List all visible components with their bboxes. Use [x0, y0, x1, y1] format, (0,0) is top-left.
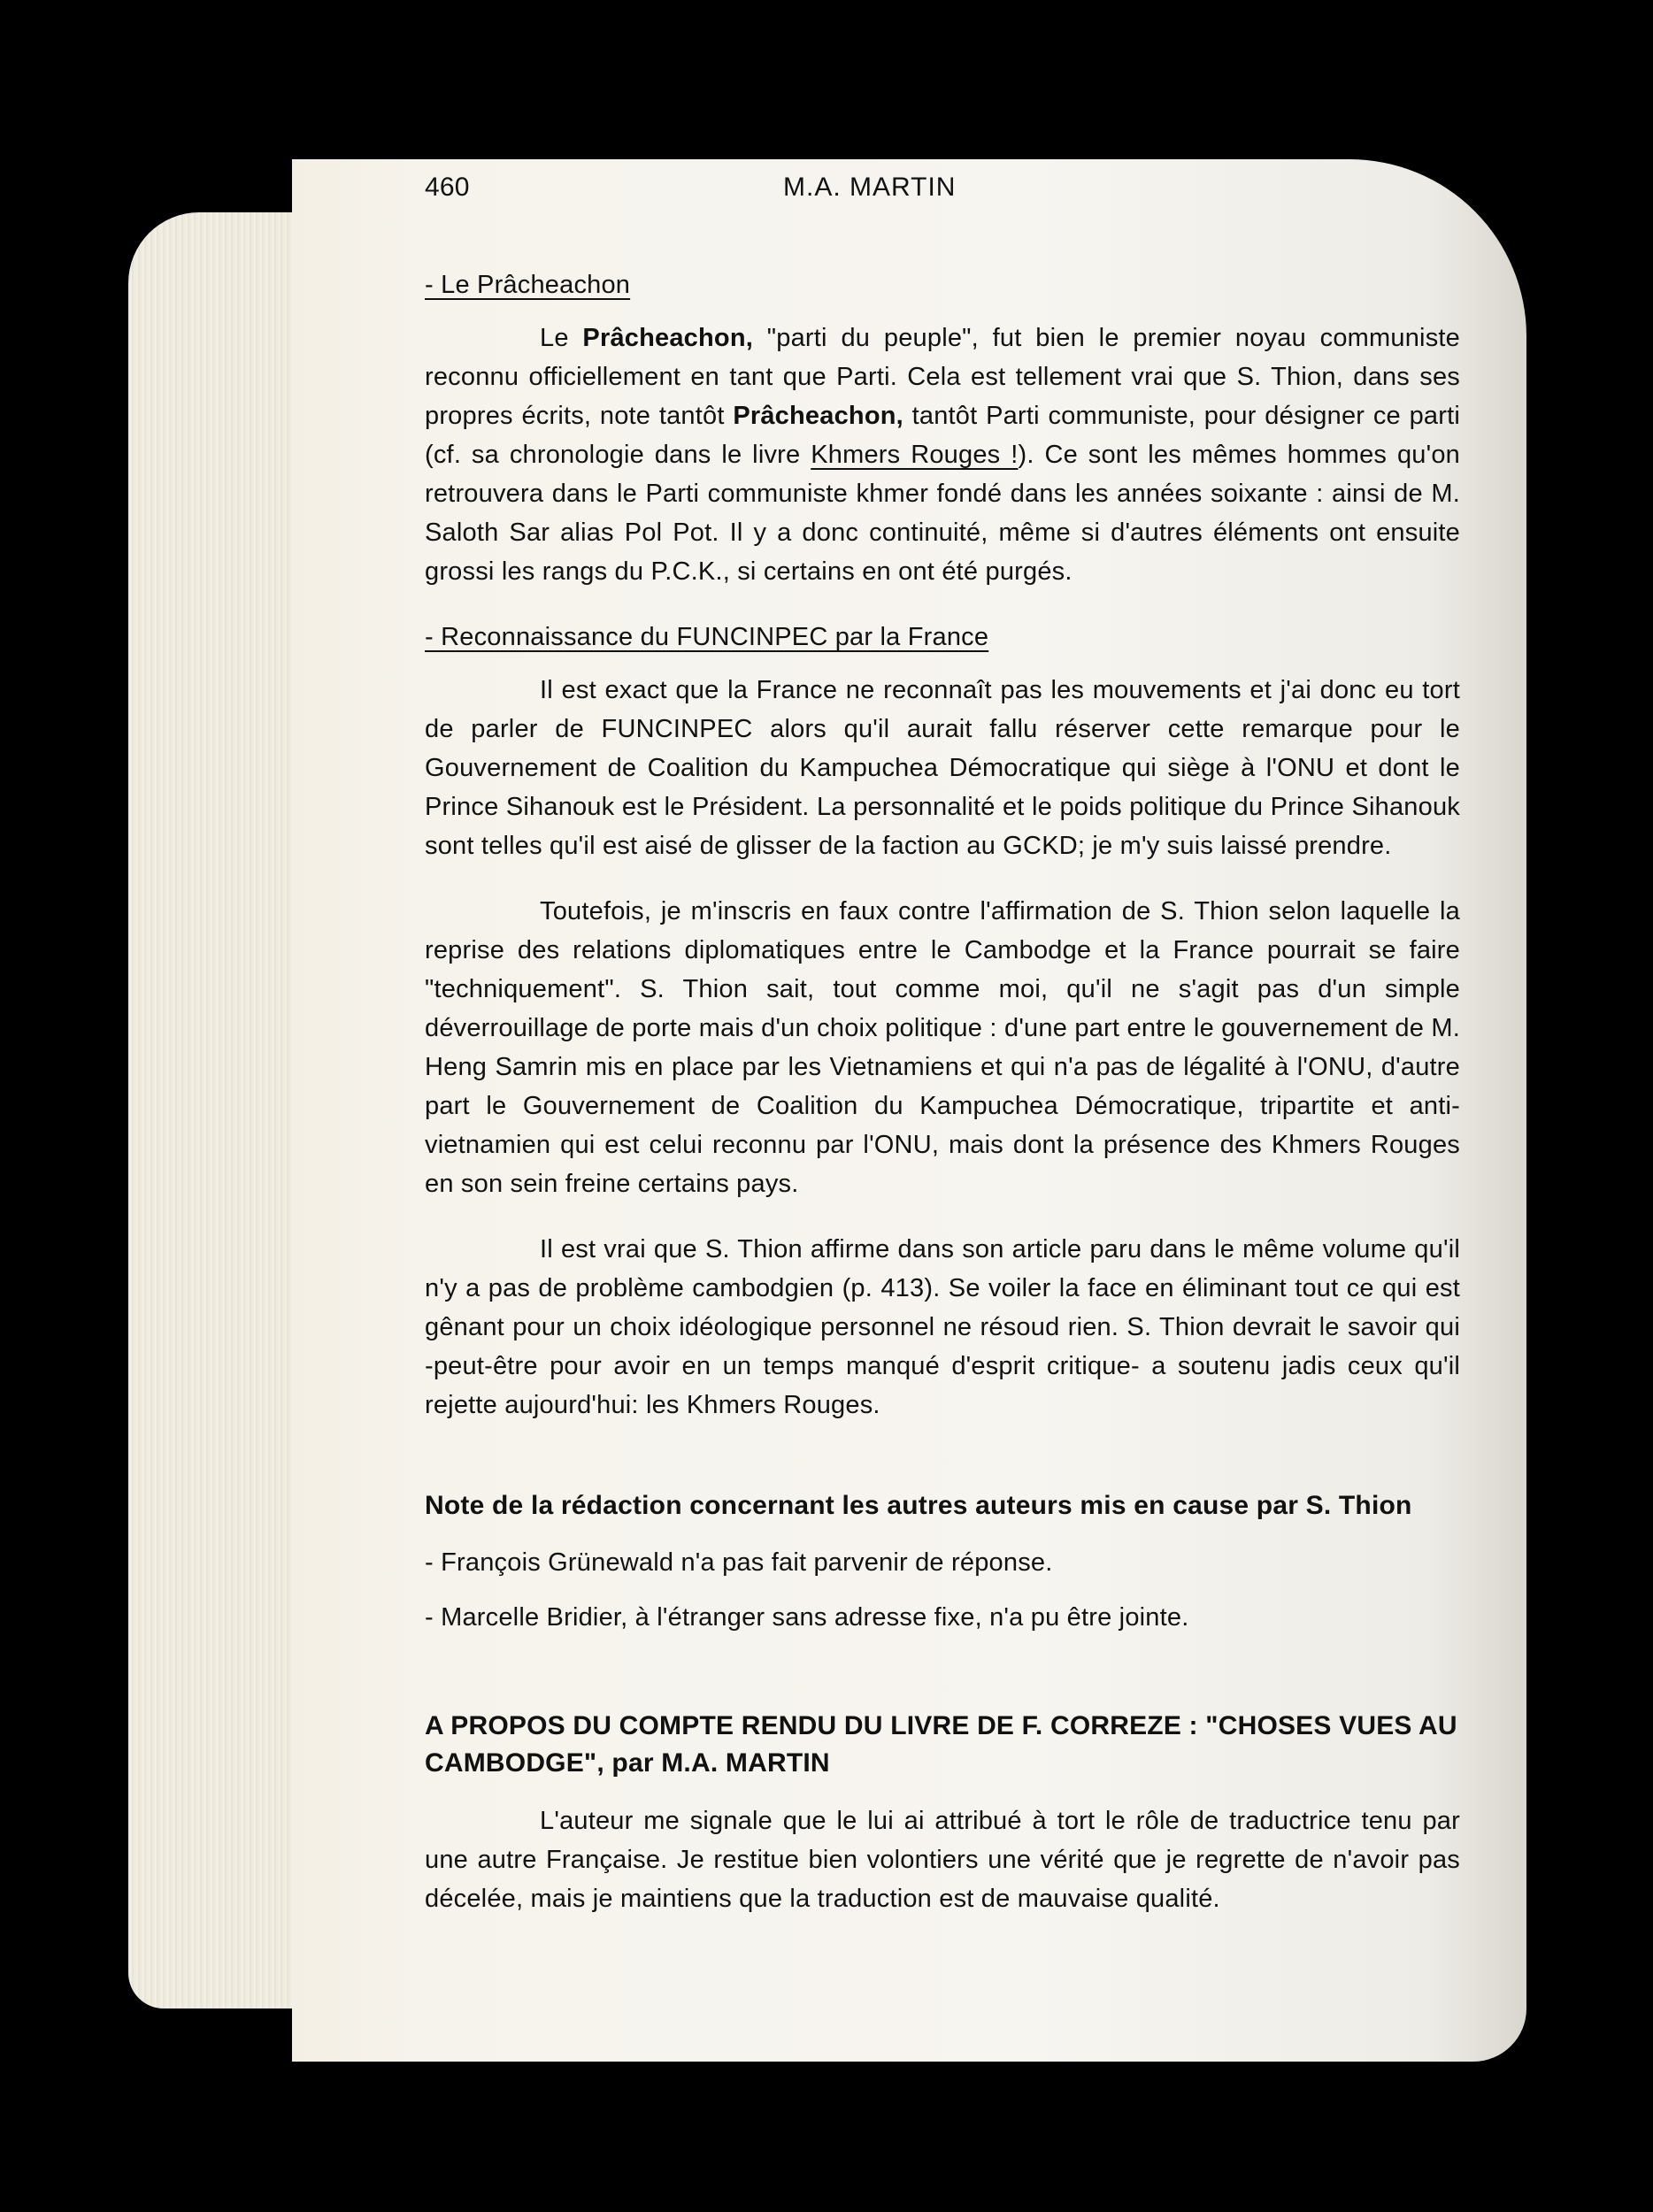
- page-number: 460: [425, 168, 470, 207]
- paragraph-funcinpec-3: Il est vrai que S. Thion affirme dans so…: [425, 1230, 1460, 1425]
- editorial-note-title: Note de la rédaction concernant les autr…: [425, 1486, 1460, 1525]
- book-title-link: Khmers Rouges !: [811, 441, 1018, 469]
- running-title: M.A. MARTIN: [783, 168, 956, 207]
- paragraph-pracheachon: Le Prâcheachon, "parti du peuple", fut b…: [425, 319, 1460, 591]
- section-title-correze: A PROPOS DU COMPTE RENDU DU LIVRE DE F. …: [425, 1708, 1460, 1782]
- editorial-note-item: - François Grünewald n'a pas fait parven…: [425, 1543, 1460, 1582]
- subhead-pracheachon: - Le Prâcheachon: [292, 265, 1460, 304]
- paragraph-funcinpec-2: Toutefois, je m'inscris en faux contre l…: [425, 892, 1460, 1203]
- paragraph-funcinpec-1: Il est exact que la France ne reconnaît …: [425, 671, 1460, 865]
- page-edges: [128, 212, 292, 2008]
- running-head: 460 M.A. MARTIN: [292, 168, 1460, 230]
- subhead-funcinpec: - Reconnaissance du FUNCINPEC par la Fra…: [292, 618, 1460, 657]
- editorial-note-item: - Marcelle Bridier, à l'étranger sans ad…: [425, 1598, 1460, 1637]
- page-content: 460 M.A. MARTIN - Le Prâcheachon Le Prâc…: [292, 168, 1460, 1945]
- paragraph-correze: L'auteur me signale que le lui ai attrib…: [425, 1801, 1460, 1918]
